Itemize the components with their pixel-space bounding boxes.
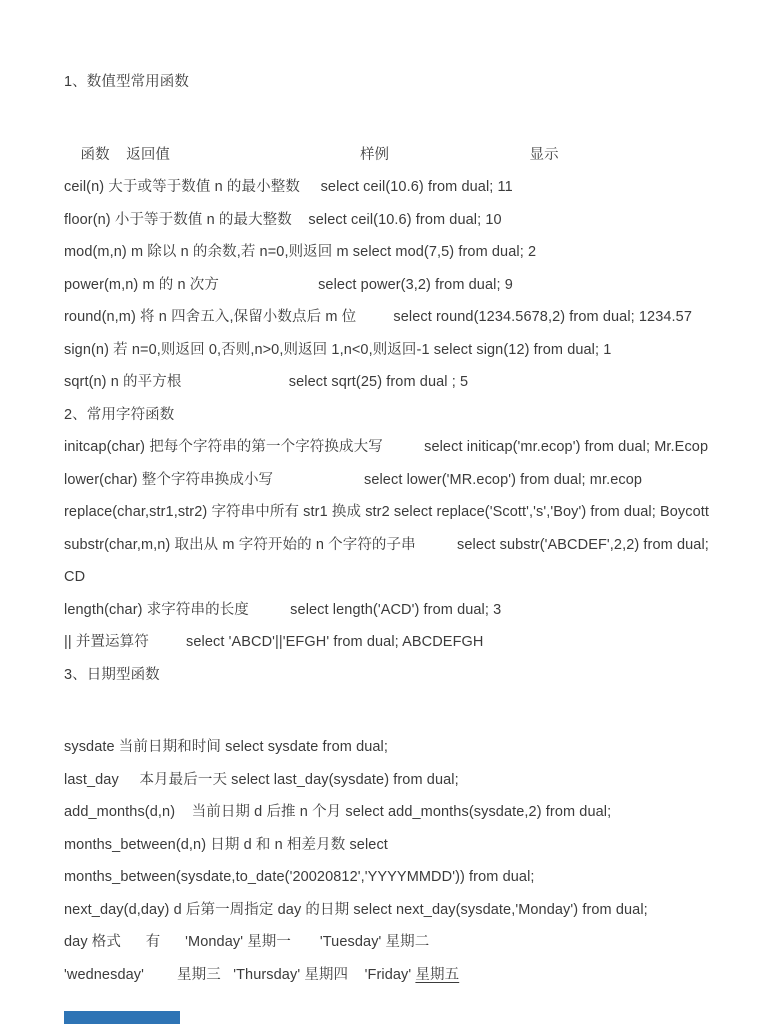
doc-line-text: round(n,m) 将 n 四舍五入,保留小数点后 m 位 select ro…: [64, 309, 692, 325]
doc-line-text: floor(n) 小于等于数值 n 的最大整数 select ceil(10.6…: [64, 212, 502, 228]
underlined-text: 星期五: [415, 967, 459, 983]
doc-line-sysdate: sysdate 当前日期和时间 select sysdate from dual…: [64, 731, 728, 764]
doc-line-length: length(char) 求字符串的长度 select length('ACD'…: [64, 594, 728, 627]
doc-line-text: 1、数值型常用函数: [64, 74, 189, 90]
doc-line-sqrt: sqrt(n) n 的平方根 select sqrt(25) from dual…: [64, 366, 728, 399]
doc-line-concat: || 并置运算符 select 'ABCD'||'EFGH' from dual…: [64, 626, 728, 659]
doc-line-text: initcap(char) 把每个字符串的第一个字符换成大写 select in…: [64, 439, 708, 455]
doc-line-text: months_between(sysdate,to_date('20020812…: [64, 869, 535, 885]
doc-line-text: power(m,n) m 的 n 次方 select power(3,2) fr…: [64, 277, 513, 293]
doc-line-text: mod(m,n) m 除以 n 的余数,若 n=0,则返回 m select m…: [64, 244, 536, 260]
doc-line-power: power(m,n) m 的 n 次方 select power(3,2) fr…: [64, 269, 728, 302]
document-page: 1、数值型常用函数 函数 返回值 样例 显示ceil(n) 大于或等于数值 n …: [0, 0, 768, 1024]
doc-line-text: 3、日期型函数: [64, 667, 160, 683]
doc-line-sign: sign(n) 若 n=0,则返回 0,否则,n>0,则返回 1,n<0,则返回…: [64, 334, 728, 367]
doc-line-text: sqrt(n) n 的平方根 select sqrt(25) from dual…: [64, 374, 468, 390]
doc-line-lower: lower(char) 整个字符串换成小写 select lower('MR.e…: [64, 464, 728, 497]
doc-line-round: round(n,m) 将 n 四舍五入,保留小数点后 m 位 select ro…: [64, 301, 728, 334]
doc-line-text: sysdate 当前日期和时间 select sysdate from dual…: [64, 739, 388, 755]
doc-line-text: sign(n) 若 n=0,则返回 0,否则,n>0,则返回 1,n<0,则返回…: [64, 342, 611, 358]
doc-line-dayformat-2: 'wednesday' 星期三 'Thursday' 星期四 'Friday' …: [64, 959, 728, 992]
doc-line-text: ceil(n) 大于或等于数值 n 的最小整数 select ceil(10.6…: [64, 179, 513, 195]
next-page-blue-bar: [64, 1011, 180, 1024]
doc-line-text: add_months(d,n) 当前日期 d 后推 n 个月 select ad…: [64, 804, 611, 820]
doc-line-replace: replace(char,str1,str2) 字符串中所有 str1 换成 s…: [64, 496, 728, 529]
document-text: 1、数值型常用函数 函数 返回值 样例 显示ceil(n) 大于或等于数值 n …: [64, 66, 728, 991]
section-heading-date: 3、日期型函数: [64, 659, 728, 692]
doc-line-dayformat-1: day 格式 有 'Monday' 星期一 'Tuesday' 星期二: [64, 926, 728, 959]
doc-line-addmonths: add_months(d,n) 当前日期 d 后推 n 个月 select ad…: [64, 796, 728, 829]
doc-line-text: substr(char,m,n) 取出从 m 字符开始的 n 个字符的子串 se…: [64, 537, 713, 586]
section-heading-char: 2、常用字符函数: [64, 399, 728, 432]
doc-line: [64, 691, 728, 731]
doc-line-text: months_between(d,n) 日期 d 和 n 相差月数 select: [64, 837, 388, 853]
doc-line: [64, 99, 728, 139]
doc-line-text: || 并置运算符 select 'ABCD'||'EFGH' from dual…: [64, 634, 484, 650]
doc-line-nextday: next_day(d,day) d 后第一周指定 day 的日期 select …: [64, 894, 728, 927]
doc-line-substr: substr(char,m,n) 取出从 m 字符开始的 n 个字符的子串 se…: [64, 529, 728, 594]
doc-line-lastday: last_day 本月最后一天 select last_day(sysdate)…: [64, 764, 728, 797]
doc-line-text: last_day 本月最后一天 select last_day(sysdate)…: [64, 772, 459, 788]
table-header-row: 函数 返回值 样例 显示: [64, 139, 728, 172]
doc-line-monthsbetween-2: months_between(sysdate,to_date('20020812…: [64, 861, 728, 894]
doc-line-text: day 格式 有 'Monday' 星期一 'Tuesday' 星期二: [64, 934, 429, 950]
doc-line-text: next_day(d,day) d 后第一周指定 day 的日期 select …: [64, 902, 648, 918]
doc-line-floor: floor(n) 小于等于数值 n 的最大整数 select ceil(10.6…: [64, 204, 728, 237]
doc-line-initcap: initcap(char) 把每个字符串的第一个字符换成大写 select in…: [64, 431, 728, 464]
doc-line-mod: mod(m,n) m 除以 n 的余数,若 n=0,则返回 m select m…: [64, 236, 728, 269]
doc-line-monthsbetween-1: months_between(d,n) 日期 d 和 n 相差月数 select: [64, 829, 728, 862]
doc-line-ceil: ceil(n) 大于或等于数值 n 的最小整数 select ceil(10.6…: [64, 171, 728, 204]
doc-line-text: 'wednesday' 星期三 'Thursday' 星期四 'Friday': [64, 967, 415, 983]
doc-line-text: lower(char) 整个字符串换成小写 select lower('MR.e…: [64, 472, 642, 488]
doc-line-text: 2、常用字符函数: [64, 407, 174, 423]
section-heading-numeric: 1、数值型常用函数: [64, 66, 728, 99]
doc-line-text: length(char) 求字符串的长度 select length('ACD'…: [64, 602, 501, 618]
doc-line-text: replace(char,str1,str2) 字符串中所有 str1 换成 s…: [64, 504, 709, 520]
doc-line-text: 函数 返回值 样例 显示: [64, 147, 559, 163]
